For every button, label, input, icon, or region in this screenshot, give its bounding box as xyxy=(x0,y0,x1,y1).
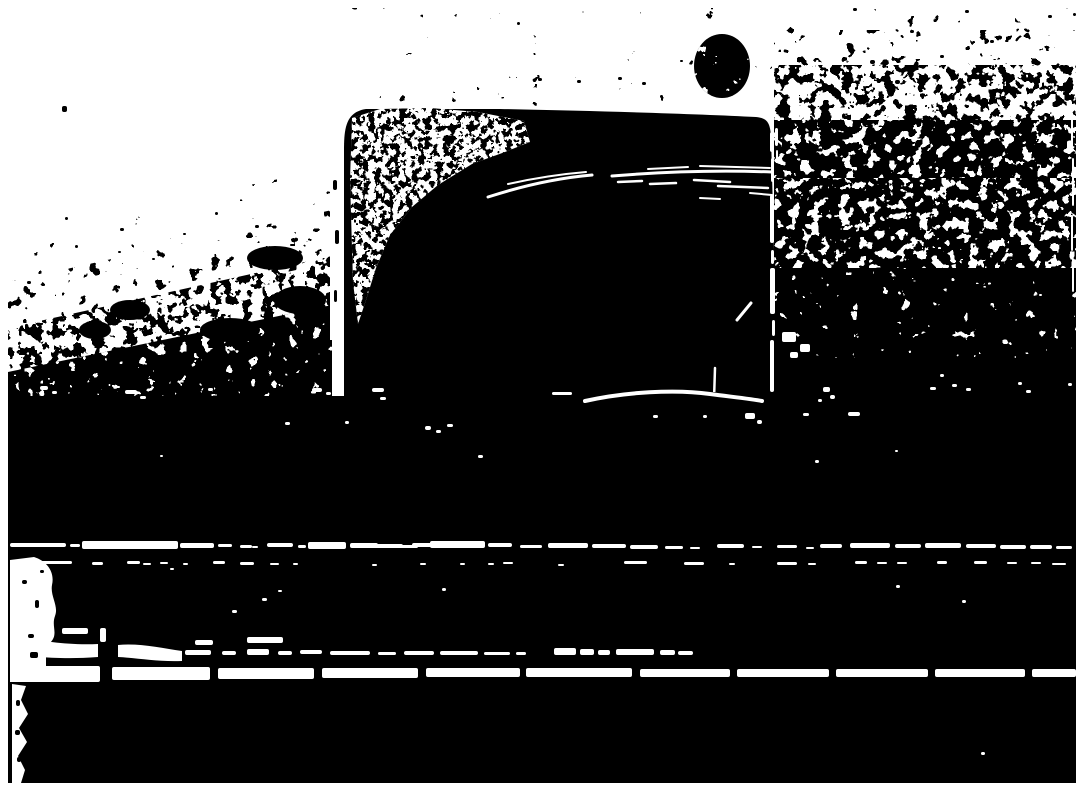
binarized-photo: High-contrast black-and-white (1-bit thr… xyxy=(0,0,1088,798)
roadway xyxy=(8,362,1076,783)
dark-panel xyxy=(344,108,778,400)
tree-canopy-right xyxy=(774,8,1076,403)
sky-above-panel xyxy=(346,8,774,106)
sky-gap xyxy=(330,116,345,340)
photo-canvas: Binarized roadside photograph xyxy=(0,0,1088,798)
